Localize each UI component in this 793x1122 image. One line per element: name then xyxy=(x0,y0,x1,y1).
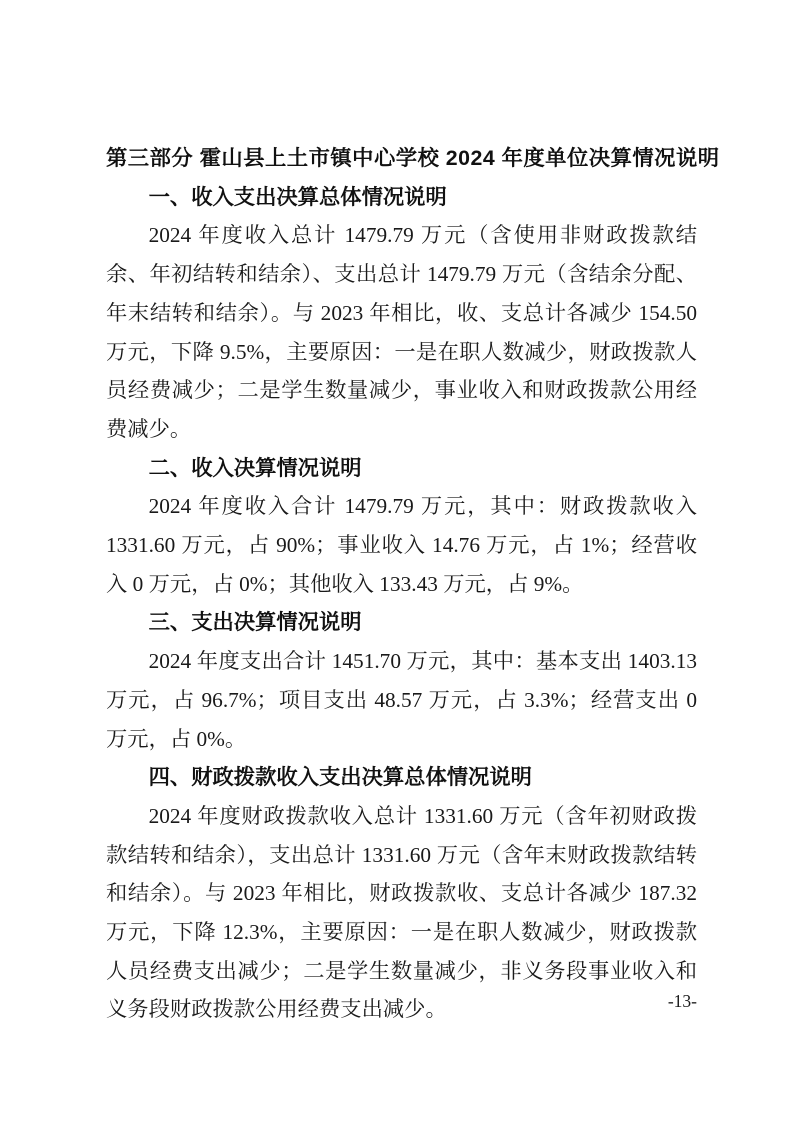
section-4-heading: 四、财政拨款收入支出决算总体情况说明 xyxy=(106,758,697,797)
section-expenditure-details: 三、支出决算情况说明 2024 年度支出合计 1451.70 万元，其中：基本支… xyxy=(106,603,697,758)
section-3-heading: 三、支出决算情况说明 xyxy=(106,603,697,642)
document-page: 第三部分 霍山县上土市镇中心学校 2024 年度单位决算情况说明 一、收入支出决… xyxy=(0,0,793,1122)
section-2-heading: 二、收入决算情况说明 xyxy=(106,449,697,488)
section-income-expenditure-overview: 一、收入支出决算总体情况说明 2024 年度收入总计 1479.79 万元（含使… xyxy=(106,178,697,449)
section-income-details: 二、收入决算情况说明 2024 年度收入合计 1479.79 万元，其中：财政拨… xyxy=(106,449,697,604)
section-2-paragraph: 2024 年度收入合计 1479.79 万元，其中：财政拨款收入 1331.60… xyxy=(106,487,697,603)
section-1-heading: 一、收入支出决算总体情况说明 xyxy=(106,178,697,217)
section-3-paragraph: 2024 年度支出合计 1451.70 万元，其中：基本支出 1403.13 万… xyxy=(106,642,697,758)
section-1-paragraph: 2024 年度收入总计 1479.79 万元（含使用非财政拨款结余、年初结转和结… xyxy=(106,216,697,448)
document-title: 第三部分 霍山县上土市镇中心学校 2024 年度单位决算情况说明 xyxy=(106,139,697,178)
section-4-paragraph: 2024 年度财政拨款收入总计 1331.60 万元（含年初财政拨款结转和结余）… xyxy=(106,797,697,1029)
section-fiscal-appropriation-overview: 四、财政拨款收入支出决算总体情况说明 2024 年度财政拨款收入总计 1331.… xyxy=(106,758,697,1029)
page-number: -13- xyxy=(668,991,697,1011)
document-content: 第三部分 霍山县上土市镇中心学校 2024 年度单位决算情况说明 一、收入支出决… xyxy=(106,139,697,1029)
